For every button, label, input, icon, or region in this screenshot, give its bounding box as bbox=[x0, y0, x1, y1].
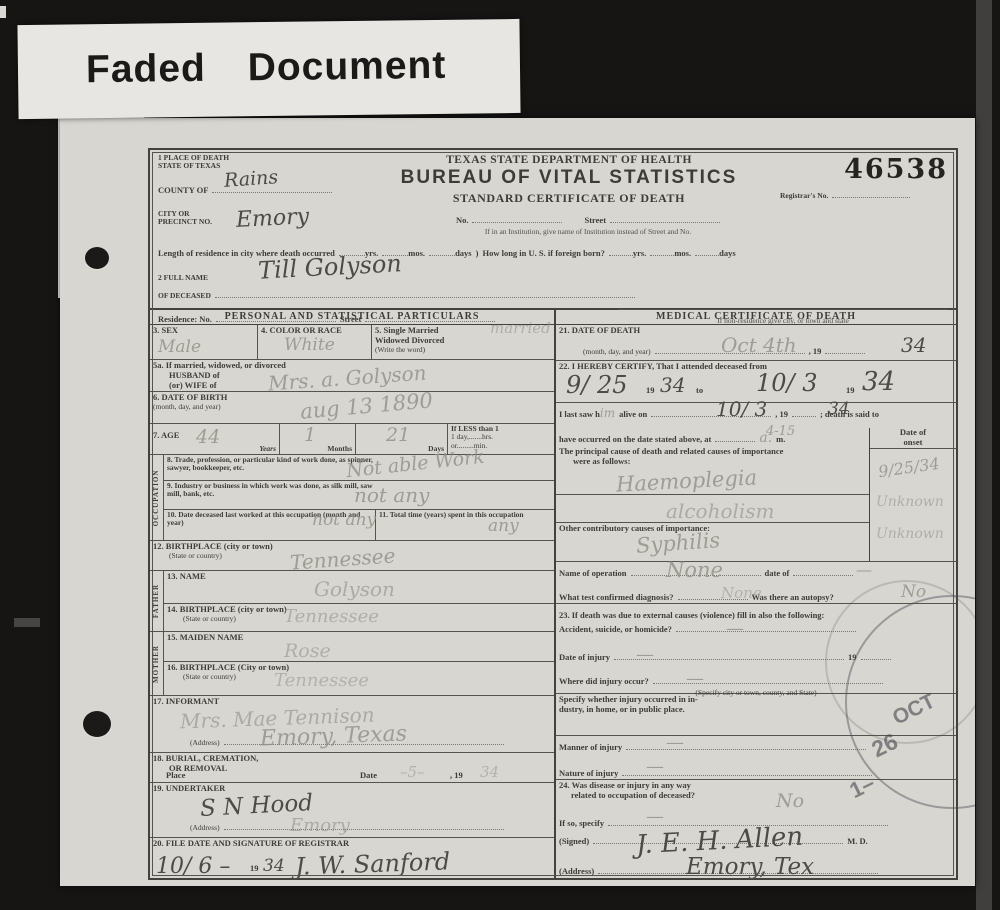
occurred-label: have occurred on the date stated above, … bbox=[559, 434, 711, 444]
last-worked-handwriting: not any bbox=[312, 510, 376, 530]
burial-year-handwriting: 34 bbox=[480, 763, 499, 781]
marital-label3: (Write the word) bbox=[375, 346, 551, 354]
to-label: to bbox=[696, 386, 703, 396]
where-label: Where did injury occur? bbox=[559, 676, 649, 686]
industry-handwriting: not any bbox=[354, 483, 429, 507]
lastsaw-label1: I last saw h bbox=[559, 409, 600, 419]
cause2-handwriting: alcoholism bbox=[666, 499, 775, 523]
md-label: M. D. bbox=[847, 836, 868, 846]
accident-handwriting: — bbox=[726, 618, 744, 639]
attended-to-year: 34 bbox=[862, 367, 895, 397]
file-date-label: 20. FILE DATE AND SIGNATURE OF REGISTRAR bbox=[153, 839, 551, 849]
industry-field-label: 9. Industry or business in which work wa… bbox=[167, 482, 377, 499]
certificate-title: STANDARD CERTIFICATE OF DEATH bbox=[358, 191, 780, 206]
onset2-handwriting: Unknown bbox=[876, 494, 944, 510]
days2-label: days bbox=[719, 248, 736, 258]
father-group-label: FATHER bbox=[150, 571, 164, 631]
onset3-handwriting: Unknown bbox=[876, 526, 944, 542]
to-19: 19 bbox=[846, 386, 855, 396]
dod-19: , 19 bbox=[809, 346, 822, 356]
dept-title: TEXAS STATE DEPARTMENT OF HEALTH bbox=[358, 154, 780, 166]
date-of-death-sublabel: (month, day, and year) bbox=[583, 347, 651, 356]
file-year-handwriting: 34 bbox=[263, 856, 285, 876]
f24-handwriting: No bbox=[776, 790, 804, 812]
nonresidence-note: If non-residence give city, or town and … bbox=[717, 316, 849, 325]
scan-smudge bbox=[14, 618, 40, 627]
burial-19: , 19 bbox=[450, 771, 463, 781]
undertaker-label: 19. UNDERTAKER bbox=[153, 784, 551, 794]
lastsaw-label2: alive on bbox=[619, 409, 647, 419]
signed-address-label: (Address) bbox=[559, 866, 594, 876]
attended-from-year: 34 bbox=[660, 373, 685, 397]
test-label: What test confirmed diagnosis? bbox=[559, 592, 674, 602]
onset1-handwriting: 9/25/34 bbox=[877, 454, 941, 481]
from-19: 19 bbox=[646, 386, 655, 396]
occupation-group-label: OCCUPATION bbox=[150, 455, 164, 540]
informant-address-handwriting: Emory, Texas bbox=[260, 721, 408, 751]
test-handwriting: None bbox=[721, 584, 762, 602]
date-of-death-handwriting: Oct 4th bbox=[721, 333, 797, 357]
street-label: Street bbox=[584, 215, 606, 225]
no-label: No. bbox=[456, 215, 469, 225]
certificate-border: 1 PLACE OF DEATH STATE OF TEXAS COUNTY O… bbox=[148, 148, 958, 880]
signed-label: (Signed) bbox=[559, 836, 589, 846]
age-months-handwriting: 1 bbox=[304, 424, 316, 446]
maiden-name-label: 15. MAIDEN NAME bbox=[167, 633, 551, 643]
personal-particulars-column: PERSONAL AND STATISTICAL PARTICULARS 3. … bbox=[150, 310, 556, 880]
accident-label: Accident, suicide, or homicide? bbox=[559, 624, 672, 634]
total-time-label: 11. Total time (years) spent in this occ… bbox=[379, 511, 551, 519]
injury-date-handwriting: — bbox=[636, 644, 654, 665]
burial-date-handwriting: –5– bbox=[400, 763, 425, 781]
no-blank bbox=[472, 212, 562, 223]
manner-handwriting: — bbox=[666, 732, 684, 753]
faded-document-label: Faded Document bbox=[86, 43, 521, 92]
cause1-handwriting: Haemoplegia bbox=[615, 465, 757, 496]
total-time-handwriting: any bbox=[488, 516, 519, 536]
sex-handwriting: Male bbox=[158, 337, 201, 357]
father-birthplace-handwriting: Tennessee bbox=[284, 606, 379, 627]
physician-address-handwriting: Emory, Tex bbox=[686, 854, 814, 880]
scanned-document-page: 1 PLACE OF DEATH STATE OF TEXAS COUNTY O… bbox=[0, 0, 1000, 910]
operation-label: Name of operation bbox=[559, 568, 627, 578]
maiden-name-handwriting: Rose bbox=[284, 640, 331, 662]
scanner-edge-strip bbox=[976, 0, 992, 910]
injury-date-label: Date of injury bbox=[559, 652, 610, 662]
onset-label2: onset bbox=[870, 438, 956, 449]
paren: ) bbox=[476, 248, 479, 258]
attended-from-handwriting: 9/ 25 bbox=[566, 371, 628, 399]
hole-punch-bottom bbox=[83, 711, 111, 737]
operation-handwriting: None bbox=[666, 558, 723, 582]
county-handwriting: Rains bbox=[223, 166, 279, 192]
months-label: Months bbox=[327, 445, 352, 453]
where-handwriting: — bbox=[686, 668, 704, 689]
certificate-number-stamp: 46538 bbox=[780, 154, 948, 185]
mother-group-label: MOTHER bbox=[150, 632, 164, 695]
days-label: days bbox=[455, 248, 472, 258]
mos-label: mos. bbox=[408, 248, 425, 258]
file-date-handwriting: 10/ 6 – bbox=[156, 854, 230, 879]
undertaker-address-handwriting: Emory bbox=[290, 815, 350, 836]
mother-birthplace-handwriting: Tennessee bbox=[274, 670, 369, 691]
faded-document-card: Faded Document bbox=[17, 19, 520, 119]
burial-place-label: Place bbox=[166, 771, 185, 781]
ifso-label: If so, specify bbox=[559, 818, 604, 828]
street2-label: Street bbox=[340, 314, 362, 324]
years-label: Years bbox=[259, 445, 276, 453]
manner-label: Manner of injury bbox=[559, 742, 622, 752]
lastsaw-19: , 19 bbox=[775, 409, 788, 419]
lastsaw-year: 34 bbox=[828, 399, 850, 419]
howlong-label: How long in U. S. if foreign born? bbox=[482, 248, 604, 258]
dateof-label: date of bbox=[765, 568, 790, 578]
age-years-handwriting: 44 bbox=[196, 426, 220, 448]
nature-label: Nature of injury bbox=[559, 768, 618, 778]
registrar-no-blank bbox=[832, 187, 910, 198]
undertaker-address-label: (Address) bbox=[190, 823, 220, 832]
onset-box: Date of onset 9/25/34 Unknown Unknown bbox=[869, 428, 956, 561]
registrar-no-label: Registrar's No. bbox=[780, 191, 828, 200]
bureau-title: BUREAU OF VITAL STATISTICS bbox=[358, 167, 780, 189]
lastsaw-handwriting: 10/ 3 bbox=[716, 397, 767, 421]
institution-note: If in an Institution, give name of Insti… bbox=[358, 228, 818, 236]
age-days-handwriting: 21 bbox=[386, 424, 410, 446]
street-blank bbox=[610, 212, 720, 223]
fullname-label2: OF DECEASED bbox=[158, 291, 211, 300]
file-19: 19 bbox=[250, 864, 259, 874]
age-label: 7. AGE bbox=[153, 430, 179, 440]
scan-speck bbox=[0, 6, 6, 18]
attended-to-handwriting: 10/ 3 bbox=[756, 369, 818, 397]
fullname-handwriting: Till Golyson bbox=[257, 250, 402, 285]
date-of-death-year: 34 bbox=[901, 333, 926, 357]
death-certificate: 1 PLACE OF DEATH STATE OF TEXAS COUNTY O… bbox=[60, 118, 975, 886]
sex-label: 3. SEX bbox=[153, 326, 254, 336]
city-handwriting: Emory bbox=[235, 204, 309, 233]
registrar-signature: J. W. Sanford bbox=[295, 847, 451, 880]
fullname-label1: 2 FULL NAME bbox=[158, 274, 208, 282]
lastsaw-him: im bbox=[600, 406, 615, 420]
contrib-handwriting: Syphilis bbox=[635, 528, 721, 558]
occurred-time: 4-15 bbox=[766, 424, 795, 439]
father-name-handwriting: Golyson bbox=[314, 577, 395, 601]
mos2-label: mos. bbox=[674, 248, 691, 258]
ifso-handwriting: — bbox=[646, 806, 664, 827]
marital-handwriting: married bbox=[490, 319, 551, 337]
county-label: COUNTY OF bbox=[158, 185, 208, 195]
race-handwriting: White bbox=[284, 335, 335, 355]
hole-punch-top bbox=[85, 247, 109, 269]
burial-date-label: Date bbox=[360, 771, 377, 781]
nature-handwriting: — bbox=[646, 756, 664, 777]
informant-address-label: (Address) bbox=[190, 738, 220, 747]
operation-date-handwriting: — bbox=[856, 560, 872, 579]
autopsy-label: Was there an autopsy? bbox=[752, 592, 834, 602]
yrs2-label: yrs. bbox=[633, 248, 646, 258]
certificate-header: 1 PLACE OF DEATH STATE OF TEXAS COUNTY O… bbox=[150, 150, 956, 310]
residence-no-label: Residence: No. bbox=[158, 314, 212, 324]
